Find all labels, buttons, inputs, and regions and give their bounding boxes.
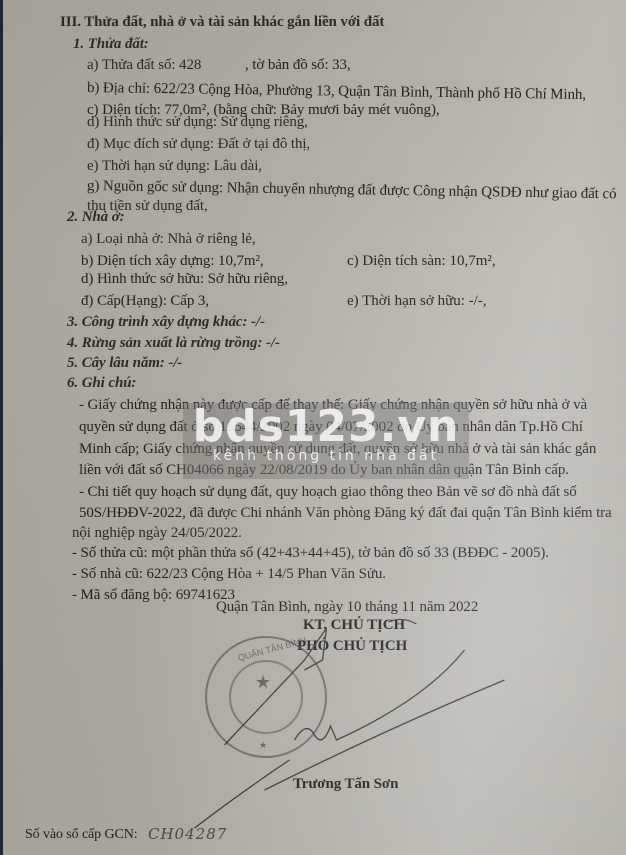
official-seal: ★ QUẬN TÂN BÌNH ★ (205, 636, 327, 758)
signer-title-primary: KT. CHỦ TỊCH (303, 616, 405, 634)
seal-text: QUẬN TÂN BÌNH (237, 635, 308, 663)
plot-number: a) Thửa đất số: 428 (87, 56, 201, 74)
note-line: 50S/HĐĐV-2022, đã được Chi nhánh Văn phò… (79, 504, 612, 522)
ownership-term: e) Thời hạn sở hữu: -/-, (347, 292, 487, 310)
watermark-subtitle: kênh thông tin nhà đất (183, 448, 469, 464)
notes-title: 6. Ghi chú: (67, 374, 136, 392)
star-icon: ★ (255, 672, 271, 693)
floor-area: c) Diện tích sàn: 10,7m², (347, 252, 496, 270)
house-title: 2. Nhà ở: (67, 208, 125, 226)
built-area: b) Diện tích xây dựng: 10,7m², (81, 252, 264, 270)
note-line: - Mã số đăng bộ: 69741623 (72, 586, 235, 604)
note-line: - Số nhà cũ: 622/23 Cộng Hòa + 14/5 Phan… (72, 565, 386, 583)
registry-number: CH04287 (148, 825, 227, 843)
note-line: - Chi tiết quy hoạch sử dụng đất, quy ho… (79, 483, 577, 501)
map-sheet: , tờ bản đồ số: 33, (245, 56, 351, 74)
place-date: Quận Tân Bình, ngày 10 tháng 11 năm 2022 (216, 598, 478, 616)
watermark-title: bds123.vn (183, 404, 469, 450)
note-line: nội nghiệp ngày 24/05/2022. (72, 524, 242, 542)
seal-star-icon: ★ (259, 740, 267, 751)
usage-term: e) Thời hạn sử dụng: Lâu dài, (87, 157, 262, 175)
other-works: 3. Công trình xây dựng khác: -/- (67, 313, 265, 331)
land-title: 1. Thửa đất: (73, 35, 149, 53)
perennial-trees: 5. Cây lâu năm: -/- (67, 354, 182, 372)
house-grade: đ) Cấp(Hạng): Cấp 3, (81, 292, 209, 310)
house-type: a) Loại nhà ở: Nhà ở riêng lẻ, (81, 230, 255, 248)
section-heading: III. Thửa đất, nhà ở và tài sản khác gắn… (60, 13, 384, 31)
signer-title-secondary: PHÓ CHỦ TỊCH (297, 637, 407, 655)
certificate-page: III. Thửa đất, nhà ở và tài sản khác gắn… (3, 0, 626, 855)
note-line: - Số thửa cũ: một phần thửa số (42+43+44… (72, 544, 549, 562)
ownership-form: d) Hình thức sở hữu: Sở hữu riêng, (81, 270, 288, 288)
usage-purpose: đ) Mục đích sử dụng: Đất ở tại đô thị, (87, 135, 310, 153)
registry-label: Số vào sổ cấp GCN: (25, 826, 138, 844)
usage-form: d) Hình thức sử dụng: Sử dụng riêng, (87, 113, 308, 131)
signer-name: Trương Tấn Sơn (293, 775, 398, 793)
watermark: bds123.vn kênh thông tin nhà đất (183, 403, 469, 479)
production-forest: 4. Rừng sản xuất là rừng trồng: -/- (67, 334, 280, 352)
